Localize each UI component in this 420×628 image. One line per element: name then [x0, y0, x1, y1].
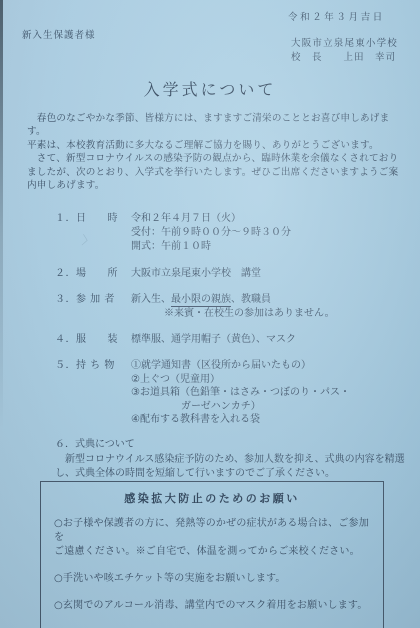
place-value: 大阪市立泉尾東小学校 講堂: [131, 267, 410, 281]
infection-prevention-box: 感染拡大防止のためのお願い ○お子様や保護者の方に、発熱等のかぜの症状がある場合…: [40, 481, 384, 628]
stray-pen-mark: 〉: [81, 231, 95, 250]
list-item-place: ２．場 所 大阪市立泉尾東小学校 講堂: [55, 267, 410, 281]
participants-value: 新入生、最小限の親族、教職員 ※来賓・在校生の参加はありません。: [131, 293, 410, 321]
datetime-reception: 受付：午前９時００分～９時３０分: [131, 226, 410, 240]
principal-name: 校 長 上田 幸司: [291, 51, 398, 65]
notice-bullet-disinfect: ○玄関でのアルコール消毒、講堂内でのマスク着用をお願いします。: [54, 599, 370, 613]
item-label-dresscode: ４．服 装: [55, 333, 131, 347]
details-list: １．日 時 令和２年４月７日（火） 受付：午前９時００分～９時３０分 開式：午前…: [55, 212, 410, 481]
intro-paragraph-2: さて、新型コロナウイルスの感染予防の観点から、臨時休業を余儀なくされており まし…: [27, 152, 407, 192]
participants-line: 新入生、最小限の親族、教職員: [131, 293, 410, 307]
list-item-dresscode: ４．服 装 標準服、通学用帽子（黄色）、マスク: [55, 333, 410, 347]
school-name: 大阪市立泉尾東小学校: [291, 37, 398, 51]
ceremony-heading: ６．式典について: [55, 438, 410, 452]
list-item-participants: ３．参 加 者 新入生、最小限の親族、教職員 ※来賓・在校生の参加はありません。: [55, 293, 410, 321]
section-ceremony: ６．式典について 新型コロナウイルス感染症予防のため、参加人数を抑え、式典の内容…: [55, 438, 410, 480]
ceremony-body: 新型コロナウイルス感染症予防のため、参加人数を抑え、式典の内容を精選 し、式典全…: [55, 453, 410, 481]
item-label-participants: ３．参 加 者: [55, 293, 131, 321]
item-label-place: ２．場 所: [55, 267, 131, 281]
item-content-datetime: 令和２年４月７日（火） 受付：午前９時００分～９時３０分 開式：午前１０時: [131, 212, 410, 255]
school-notice-document: 令和２年３月吉日 新入生保護者様 大阪市立泉尾東小学校 校 長 上田 幸司 入学…: [0, 0, 420, 628]
sender-block: 大阪市立泉尾東小学校 校 長 上田 幸司: [291, 37, 398, 64]
datetime-opening: 開式：午前１０時: [131, 240, 410, 254]
participants-underlined: 最小限の親族: [171, 294, 231, 307]
list-item-datetime: １．日 時 令和２年４月７日（火） 受付：午前９時００分～９時３０分 開式：午前…: [55, 212, 410, 255]
item-label-belongings: ５．持 ち 物: [55, 359, 131, 426]
intro-paragraph-1: 春色のなごやかな季節、皆様方には、ますますご清栄のこととお喜び申しあげます。 平…: [27, 112, 407, 152]
datetime-date: 令和２年４月７日（火）: [131, 212, 410, 226]
document-date: 令和２年３月吉日: [288, 9, 385, 23]
addressee: 新入生保護者様: [22, 27, 96, 41]
participants-pre: 新入生、: [131, 294, 171, 305]
notice-box-title: 感染拡大防止のためのお願い: [54, 490, 370, 506]
participants-note: ※来賓・在校生の参加はありません。: [131, 307, 410, 321]
page-title: 入学式について: [0, 77, 420, 100]
intro-paragraphs: 春色のなごやかな季節、皆様方には、ますますご清栄のこととお喜び申しあげます。 平…: [27, 112, 407, 192]
belongings-list: ①就学通知書（区役所から届いたもの） ②上ぐつ（児童用） ③お道具箱（色鉛筆・は…: [131, 359, 410, 426]
dresscode-value: 標準服、通学用帽子（黄色）、マスク: [131, 333, 410, 347]
notice-bullet-fever: ○お子様や保護者の方に、発熱等のかぜの症状がある場合は、ご参加を ご遠慮ください…: [54, 517, 370, 559]
notice-bullet-handwash: ○手洗いや咳エチケット等の実施をお願いします。: [54, 572, 370, 586]
list-item-belongings: ５．持 ち 物 ①就学通知書（区役所から届いたもの） ②上ぐつ（児童用） ③お道…: [55, 359, 410, 426]
participants-post: 、教職員: [231, 294, 271, 305]
